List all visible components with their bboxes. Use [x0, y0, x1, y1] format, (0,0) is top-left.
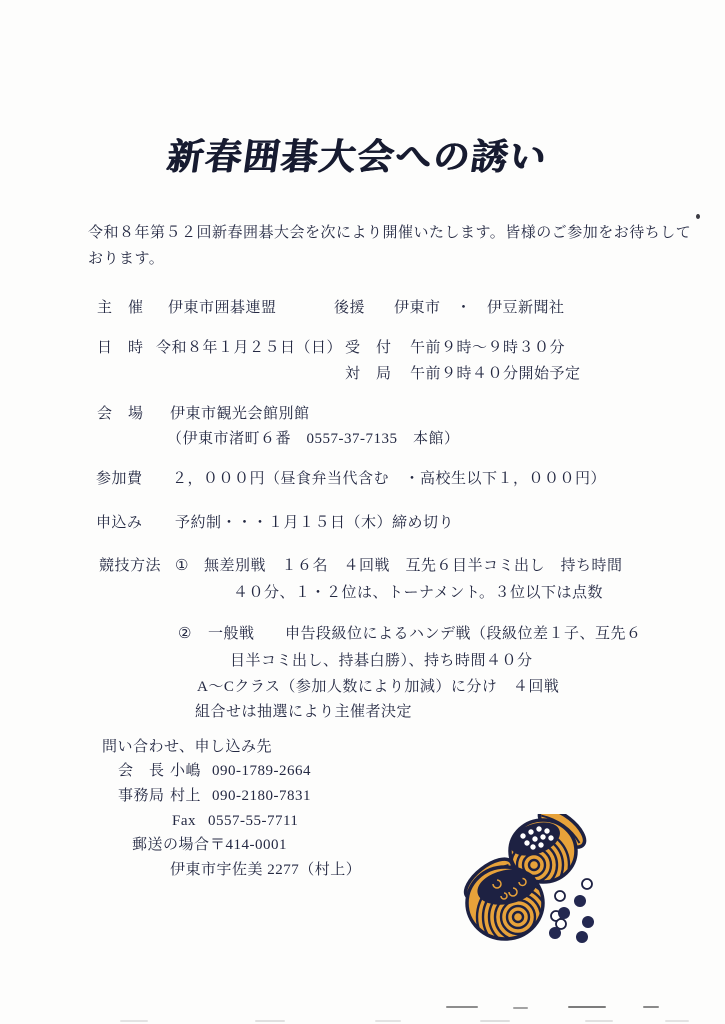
contact-address: 伊東市宇佐美 2277（村上） — [170, 861, 361, 880]
game-label: 対 局 — [345, 365, 392, 384]
contact-phone: 090-2180-7831 — [212, 787, 311, 806]
rules-item2-line4: 組合せは抽選により主催者決定 — [195, 703, 412, 722]
contact-phone: 090-1789-2664 — [212, 762, 311, 781]
page-title: 新春囲碁大会への誘い — [164, 129, 551, 180]
contact-phone: 〒414-0001 — [210, 836, 287, 855]
scan-edge-mark — [480, 1020, 510, 1022]
contact-name: 小嶋 — [170, 762, 201, 781]
venue-address: （伊東市渚町６番 0557-37-7135 本館） — [167, 430, 460, 449]
application-value: 予約制・・・１月１５日（木）締め切り — [175, 514, 454, 533]
scan-smudge — [568, 1006, 606, 1008]
contact-role: 事務局 — [118, 787, 165, 806]
game-time: 午前９時４０分開始予定 — [410, 365, 581, 384]
contact-heading: 問い合わせ、申し込み先 — [102, 738, 272, 757]
scan-smudge — [513, 1007, 528, 1009]
scan-smudge — [446, 1006, 478, 1008]
scan-edge-mark — [375, 1020, 401, 1022]
rules-item2-line3: A～Cクラス（参加人数により加減）に分け ４回戦 — [197, 678, 559, 697]
fee-value: ２，０００円（昼食弁当代含む ・高校生以下１，０００円） — [172, 470, 606, 489]
scan-smudge — [643, 1006, 659, 1008]
rules-item2-number: ② — [178, 625, 192, 644]
scan-edge-mark — [255, 1020, 285, 1022]
support-value: 伊東市 ・ 伊豆新聞社 — [394, 299, 565, 318]
datetime-date: 令和８年１月２５日（日） — [156, 339, 342, 358]
support-label: 後援 — [334, 299, 365, 318]
venue-label: 会 場 — [97, 405, 144, 424]
reception-time: 午前９時～９時３０分 — [410, 339, 565, 358]
rules-label: 競技方法 — [99, 557, 161, 576]
contact-role: 会 長 — [118, 762, 165, 781]
scan-edge-mark — [585, 1020, 613, 1022]
fee-label: 参加費 — [96, 470, 143, 489]
organizer-value: 伊東市囲碁連盟 — [168, 299, 277, 318]
contact-name: Fax — [172, 812, 196, 831]
contact-name: 村上 — [170, 787, 201, 806]
scan-edge-mark — [665, 1020, 689, 1022]
organizer-label: 主 催 — [97, 299, 144, 318]
rules-item1-line2: ４０分、１・２位は、トーナメント。３位以下は点数 — [233, 584, 603, 603]
scattered-go-stones — [549, 879, 594, 943]
rules-item2-line2: 目半コミ出し、持碁白勝）、持ち時間４０分 — [230, 652, 533, 671]
scan-speck — [696, 214, 700, 219]
intro-line-1: 令和８年第５２回新春囲碁大会を次により開催いたします。皆様のご参加をお待ちして — [88, 224, 691, 243]
go-stone-bowls-illustration — [443, 814, 661, 982]
datetime-label: 日 時 — [97, 339, 144, 358]
rules-item2-title: 一般戦 — [208, 625, 255, 644]
rules-item2-line1: 申告段級位によるハンデ戦（段級位差１子、互先６ — [285, 625, 642, 644]
rules-item1-line1: 無差別戦 １６名 ４回戦 互先６目半コミ出し 持ち時間 — [204, 557, 623, 576]
application-label: 申込み — [96, 514, 143, 533]
reception-label: 受 付 — [345, 339, 392, 358]
contact-role: 郵送の場合 — [132, 836, 210, 855]
venue-name: 伊東市観光会館別館 — [170, 405, 310, 424]
scanned-flyer-page: 新春囲碁大会への誘い 令和８年第５２回新春囲碁大会を次により開催いたします。皆様… — [0, 0, 725, 1024]
rules-item1-number: ① — [175, 557, 189, 576]
scan-edge-mark — [120, 1020, 148, 1022]
contact-phone: 0557-55-7711 — [208, 812, 298, 831]
intro-line-2: おります。 — [88, 250, 164, 269]
